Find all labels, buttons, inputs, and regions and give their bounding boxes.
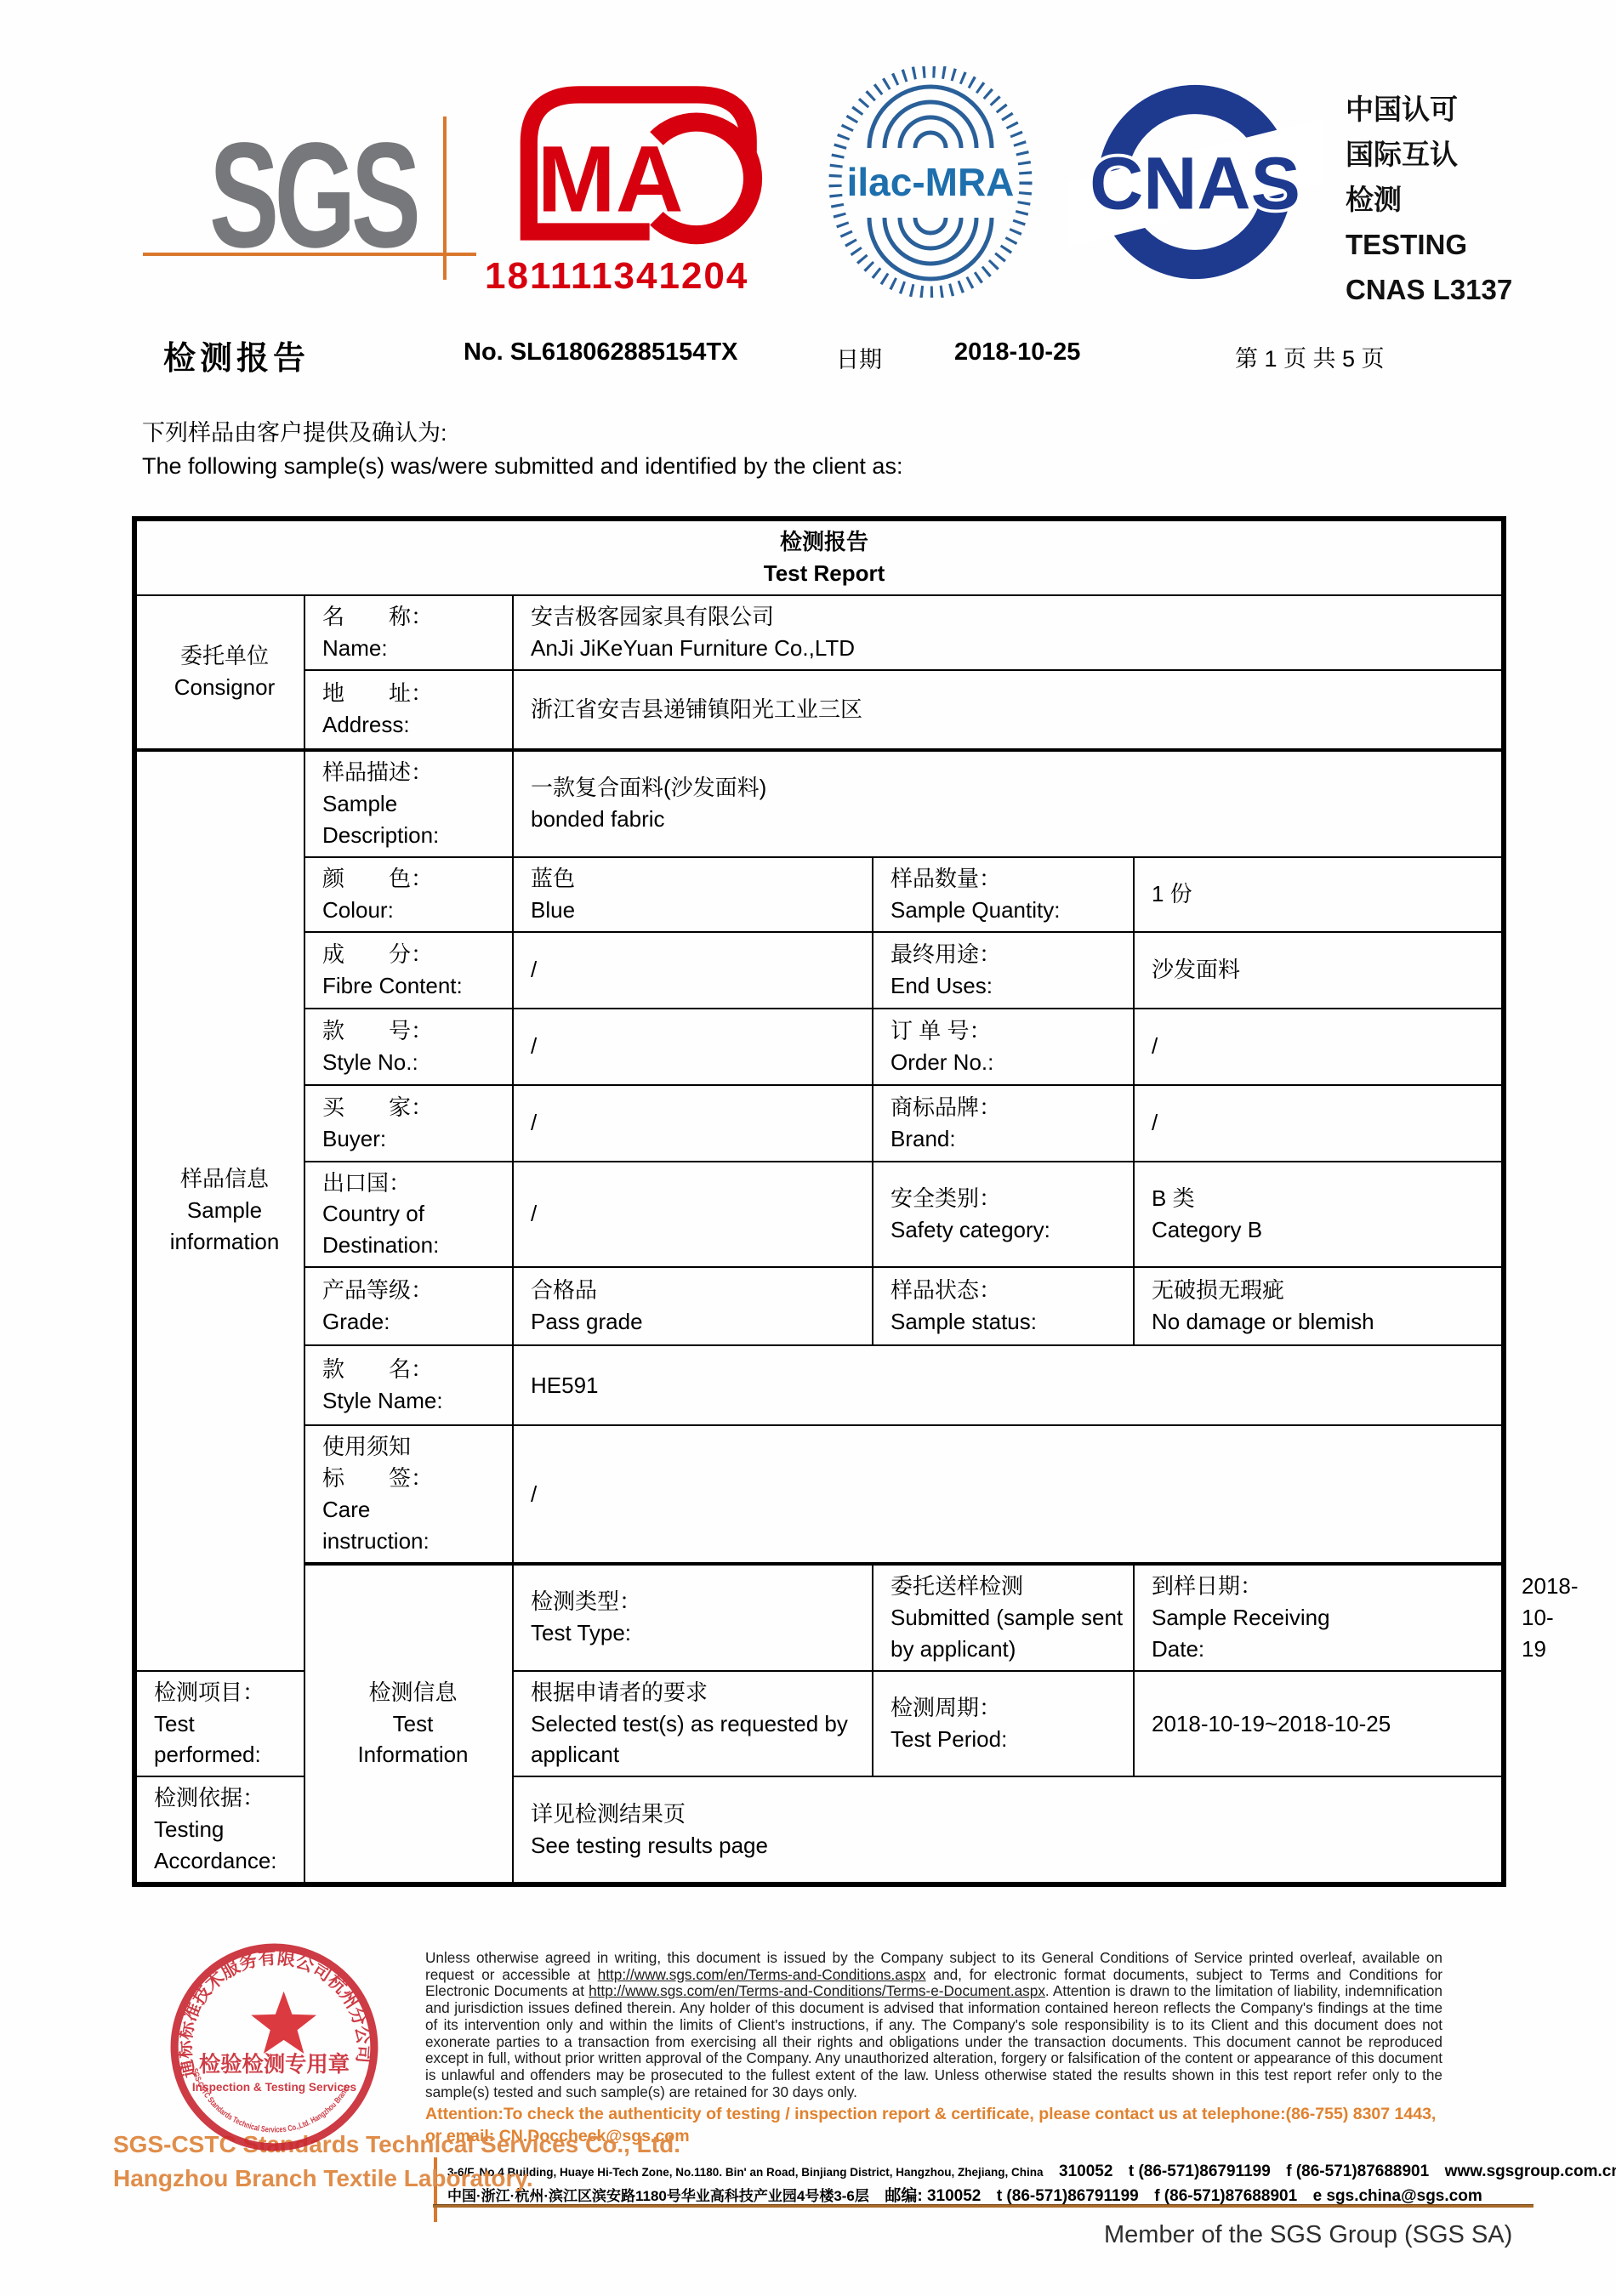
- page-number-info: 第 1 页 共 5 页: [1235, 340, 1385, 373]
- sgs-logo: SGS: [209, 121, 416, 270]
- group-consignor: 委托单位 Consignor: [134, 595, 304, 750]
- address-telephone: t (86-571)86791199: [997, 2187, 1139, 2205]
- label-sample-receiving-date: 到样日期： Sample Receiving Date:: [1134, 1564, 1504, 1671]
- intro-line-zh: 下列样品由客户提供及确认为:: [142, 417, 902, 450]
- table-row: 委托单位 Consignor 名 称： Name: 安吉极客园家具有限公司 An…: [134, 595, 1504, 670]
- value-test-type: 委托送样检测 Submitted (sample sent by applica…: [873, 1564, 1134, 1671]
- label-order-no: 订 单 号： Order No.:: [873, 1009, 1134, 1085]
- address-fax: f (86-571)87688901: [1286, 2162, 1429, 2180]
- label-colour: 颜 色： Colour:: [304, 857, 513, 932]
- disclaimer-url: http://www.sgs.com/en/Terms-and-Conditio…: [598, 1966, 926, 1983]
- label-style-name: 款 名： Style Name:: [304, 1345, 513, 1425]
- accreditation-text-block: 中国认可 国际互认 检测 TESTING CNAS L3137: [1346, 87, 1512, 312]
- table-row: 出口国： Country of Destination: / 安全类别： Saf…: [134, 1162, 1504, 1268]
- stamp-inner-text-zh: 检验检测专用章: [199, 2052, 350, 2077]
- address-website: www.sgsgroup.com.cn: [1445, 2162, 1616, 2180]
- table-row: 地 址： Address: 浙江省安吉县递铺镇阳光工业三区: [134, 670, 1504, 750]
- test-report-page: SGS MA 181111341204 ilac-MRA CNAS 中国认可 国…: [0, 0, 1616, 2296]
- inspection-testing-stamp: 通标标准技术服务有限公司杭州分公司 SGS-CSTC Standards Tec…: [167, 1940, 382, 2155]
- label-address: 地 址： Address:: [304, 670, 513, 750]
- value-test-period: 2018-10-19~2018-10-25: [1134, 1671, 1504, 1777]
- group-sample-information: 样品信息 Sample information: [134, 750, 304, 1671]
- intro-block: 下列样品由客户提供及确认为: The following sample(s) w…: [142, 417, 902, 483]
- cma-ma-text: MA: [538, 128, 684, 232]
- label-care-instruction: 使用须知 标 签： Care instruction:: [304, 1425, 513, 1564]
- label-fibre-content: 成 分： Fibre Content:: [304, 932, 513, 1009]
- report-table: 检测报告 Test Report 委托单位 Consignor 名 称： Nam…: [132, 516, 1506, 1887]
- label-test-type: 检测类型： Test Type:: [513, 1564, 873, 1671]
- address-fax: f (86-571)87688901: [1154, 2187, 1297, 2205]
- table-row: 样品信息 Sample information 样品描述： Sample Des…: [134, 750, 1504, 857]
- value-buyer: /: [513, 1085, 873, 1162]
- label-country-of-destination: 出口国： Country of Destination:: [304, 1162, 513, 1268]
- table-header-row: 检测报告 Test Report: [134, 519, 1504, 595]
- label-test-period: 检测周期： Test Period:: [873, 1671, 1134, 1777]
- address-en-postcode: 310052: [1059, 2162, 1112, 2180]
- accreditation-line: 检测: [1346, 177, 1512, 222]
- report-date: 2018-10-25: [954, 338, 1080, 367]
- value-address: 浙江省安吉县递铺镇阳光工业三区: [513, 670, 1504, 750]
- disclaimer-text: . Attention is drawn to the limitation o…: [425, 1982, 1442, 2100]
- footer-rule: [433, 2204, 1533, 2208]
- sgs-underline-rule: [143, 253, 476, 256]
- value-sample-description: 一款复合面料(沙发面料) bonded fabric: [513, 750, 1504, 857]
- value-care-instruction: /: [513, 1425, 1504, 1564]
- accreditation-line: 中国认可: [1346, 87, 1512, 132]
- label-sample-status: 样品状态： Sample status:: [873, 1267, 1134, 1345]
- disclaimer-url: http://www.sgs.com/en/Terms-and-Conditio…: [589, 1982, 1045, 1999]
- group-test-information: 检测信息 Test Information: [304, 1564, 513, 1884]
- label-name: 名 称： Name:: [304, 595, 513, 670]
- label-end-uses: 最终用途： End Uses:: [873, 932, 1134, 1009]
- label-test-performed: 检测项目： Test performed:: [134, 1671, 304, 1777]
- table-row: 买 家： Buyer: / 商标品牌： Brand: /: [134, 1085, 1504, 1162]
- value-grade: 合格品 Pass grade: [513, 1267, 873, 1345]
- label-brand: 商标品牌： Brand:: [873, 1085, 1134, 1162]
- address-telephone: t (86-571)86791199: [1129, 2162, 1271, 2180]
- document-title: 检测报告: [163, 332, 310, 378]
- legal-disclaimer: Unless otherwise agreed in writing, this…: [425, 1950, 1442, 2100]
- report-number: No. SL618062885154TX: [464, 338, 737, 367]
- accreditation-line: CNAS L3137: [1346, 267, 1512, 312]
- value-end-uses: 沙发面料: [1134, 932, 1504, 1009]
- label-sample-description: 样品描述： Sample Description:: [304, 750, 513, 857]
- value-brand: /: [1134, 1085, 1504, 1162]
- value-sample-quantity: 1 份: [1134, 857, 1504, 932]
- label-grade: 产品等级： Grade:: [304, 1267, 513, 1345]
- table-title: 检测报告 Test Report: [134, 519, 1504, 595]
- label-sample-quantity: 样品数量： Sample Quantity:: [873, 857, 1134, 932]
- cnas-logo-icon: CNAS: [1068, 83, 1322, 298]
- address-zh-postcode: 邮编: 310052: [885, 2187, 981, 2205]
- value-style-name: HE591: [513, 1345, 1504, 1425]
- value-name: 安吉极客园家具有限公司 AnJi JiKeYuan Furniture Co.,…: [513, 595, 1504, 670]
- intro-line-en: The following sample(s) was/were submitt…: [142, 450, 902, 483]
- value-safety-category: B 类 Category B: [1134, 1162, 1504, 1268]
- stamp-star-icon: [251, 1992, 316, 2054]
- value-test-performed: 根据申请者的要求 Selected test(s) as requested b…: [513, 1671, 873, 1777]
- table-row: 成 分： Fibre Content: / 最终用途： End Uses: 沙发…: [134, 932, 1504, 1009]
- table-row: 检测信息 Test Information 检测类型： Test Type: 委…: [134, 1564, 1504, 1671]
- report-table-wrapper: 检测报告 Test Report 委托单位 Consignor 名 称： Nam…: [132, 516, 1506, 1887]
- label-style-no: 款 号： Style No.:: [304, 1009, 513, 1085]
- table-row: 产品等级： Grade: 合格品 Pass grade 样品状态： Sample…: [134, 1267, 1504, 1345]
- label-safety-category: 安全类别： Safety category:: [873, 1162, 1134, 1268]
- table-row: 使用须知 标 签： Care instruction: /: [134, 1425, 1504, 1564]
- value-order-no: /: [1134, 1009, 1504, 1085]
- sgs-member-note: Member of the SGS Group (SGS SA): [1104, 2221, 1512, 2249]
- stamp-inner-text-en: Inspection & Testing Services: [192, 2081, 357, 2094]
- table-row: 款 号： Style No.: / 订 单 号： Order No.: /: [134, 1009, 1504, 1085]
- table-row: 颜 色： Colour: 蓝色 Blue 样品数量： Sample Quanti…: [134, 857, 1504, 932]
- laboratory-name-line: Hangzhou Branch Textile Laboratory.: [113, 2162, 680, 2196]
- accreditation-line: TESTING: [1346, 222, 1512, 267]
- accreditation-line: 国际互认: [1346, 132, 1512, 177]
- address-email: e sgs.china@sgs.com: [1313, 2187, 1482, 2205]
- table-row: 款 名： Style Name: HE591: [134, 1345, 1504, 1425]
- value-testing-accordance: 详见检测结果页 See testing results page: [513, 1776, 1504, 1884]
- sgs-divider-line: [443, 117, 447, 280]
- cnas-text: CNAS: [1090, 141, 1300, 224]
- cma-certificate-number: 181111341204: [485, 255, 788, 298]
- value-sample-status: 无破损无瑕疵 No damage or blemish: [1134, 1267, 1504, 1345]
- value-style-no: /: [513, 1009, 873, 1085]
- label-buyer: 买 家： Buyer:: [304, 1085, 513, 1162]
- value-country-of-destination: /: [513, 1162, 873, 1268]
- value-colour: 蓝色 Blue: [513, 857, 873, 932]
- date-label: 日期: [836, 341, 882, 374]
- cma-logo-icon: MA: [487, 78, 786, 247]
- ilac-mra-text: ilac-MRA: [847, 160, 1015, 204]
- ilac-mra-logo-icon: ilac-MRA: [827, 66, 1034, 298]
- value-fibre-content: /: [513, 932, 873, 1009]
- label-testing-accordance: 检测依据： Testing Accordance:: [134, 1776, 304, 1884]
